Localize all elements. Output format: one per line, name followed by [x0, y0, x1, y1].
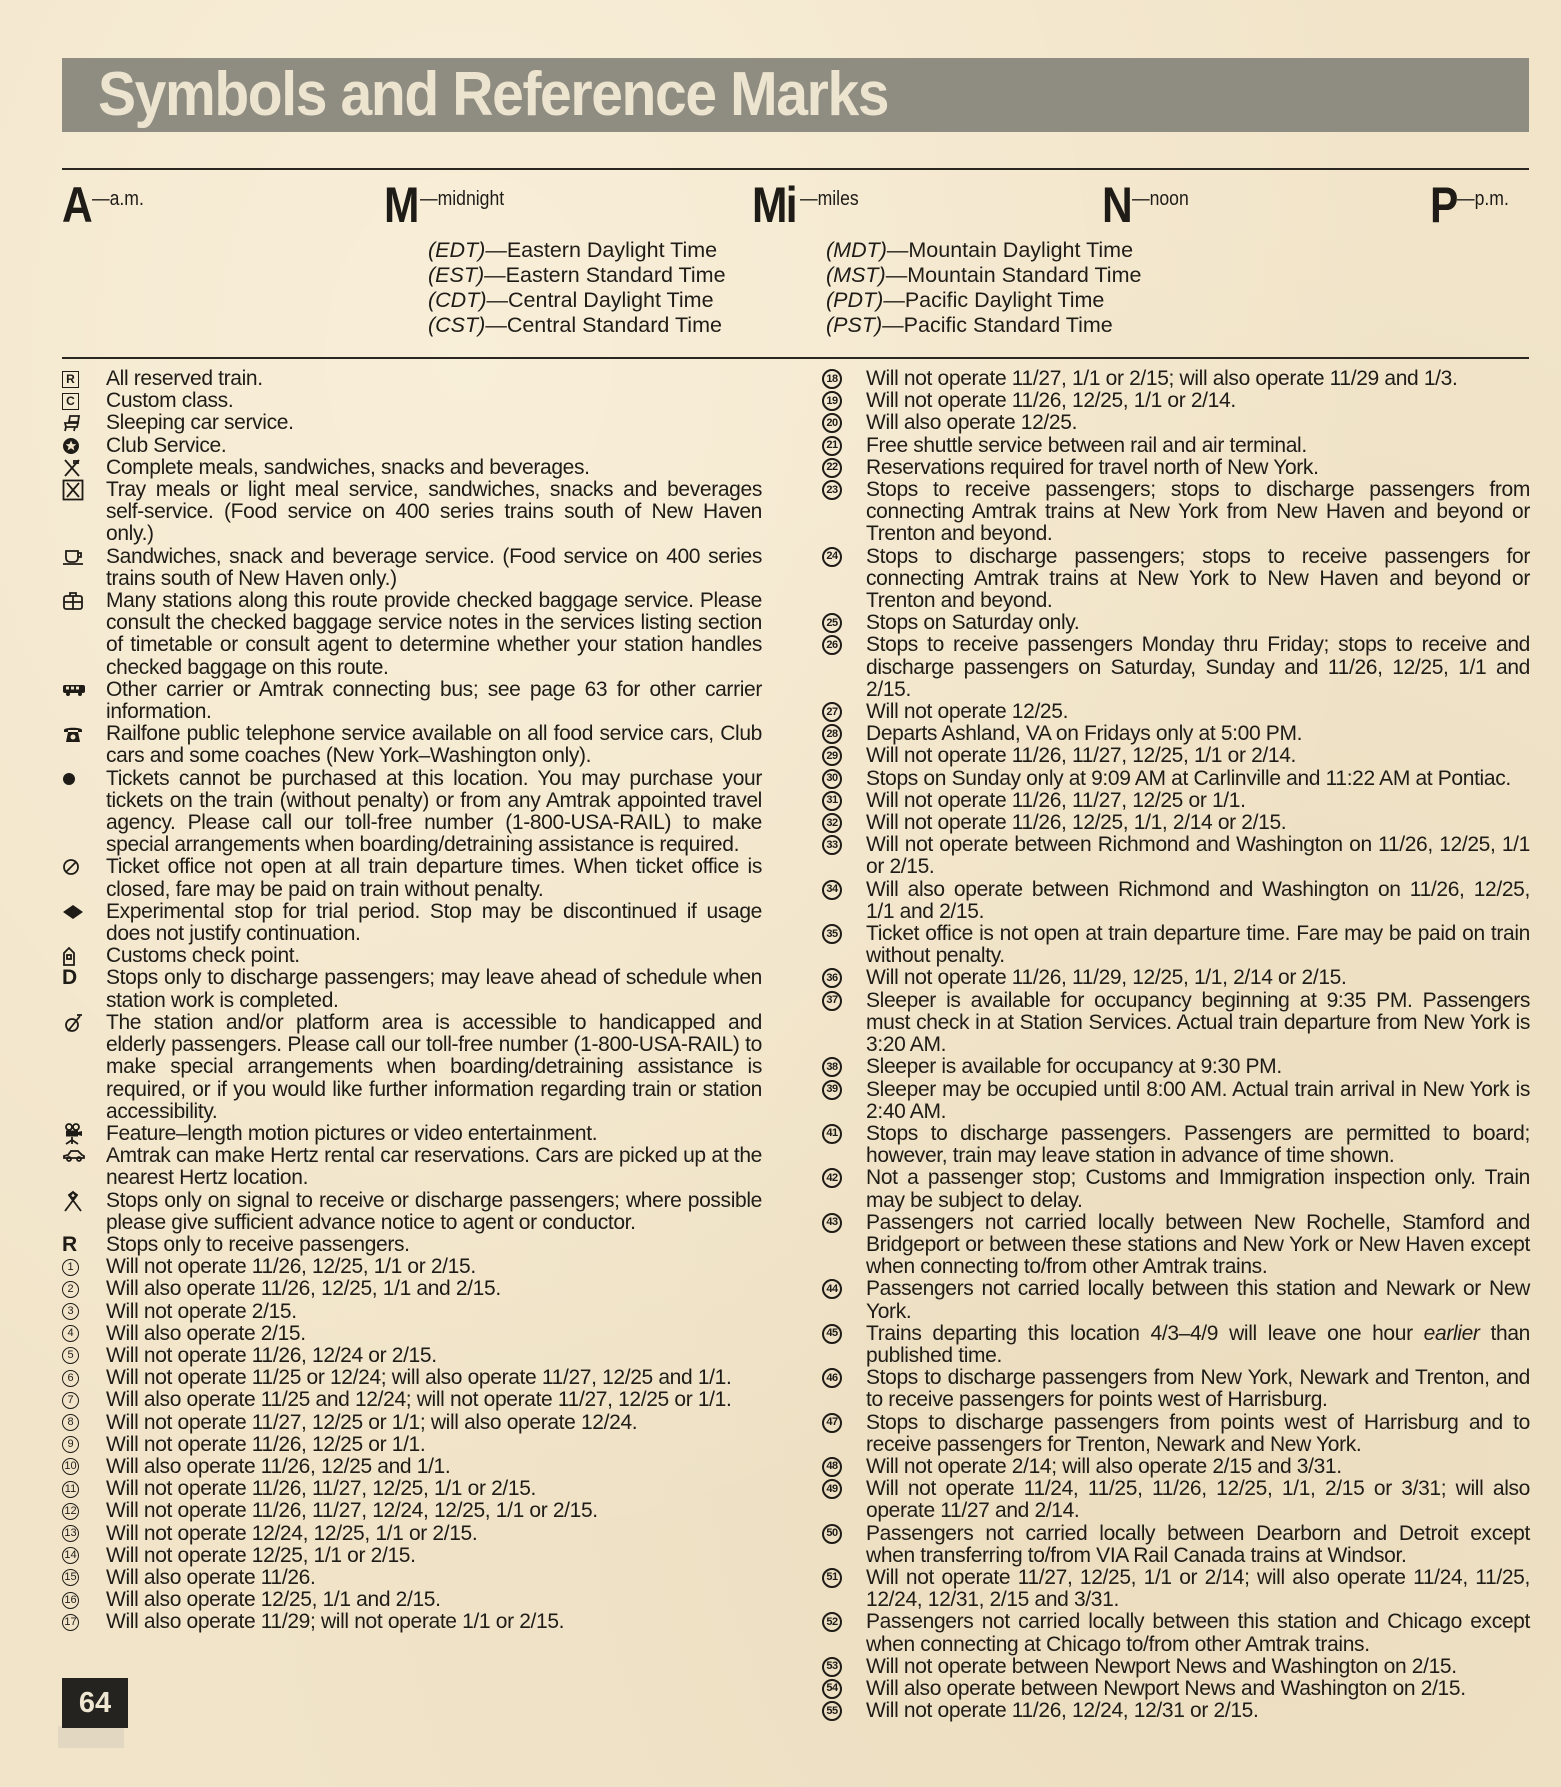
circled-number-icon: 28	[818, 723, 866, 745]
circled-number-icon: 54	[818, 1678, 866, 1700]
note-number: 54	[822, 1679, 842, 1699]
note-text: Will not operate between Newport News an…	[866, 1656, 1530, 1678]
symbol-legend-item: Feature–length motion pictures or video …	[58, 1123, 762, 1145]
circled-number-icon: 5	[58, 1345, 106, 1367]
symbol-legend-item: Tray meals or light meal service, sandwi…	[58, 479, 762, 546]
symbol-legend-item: Complete meals, sandwiches, snacks and b…	[58, 457, 762, 479]
note-text: Trains departing this location 4/3–4/9 w…	[866, 1323, 1530, 1367]
letter-r-icon: R	[58, 1234, 106, 1256]
note-number: 33	[822, 835, 842, 855]
note-text: Will not operate 11/26, 11/27, 12/25, 1/…	[866, 745, 1530, 767]
note-text: Stops to receive passengers Monday thru …	[866, 634, 1530, 701]
note-number: 13	[62, 1525, 79, 1542]
club-star-icon	[58, 435, 106, 457]
baggage-icon	[58, 590, 106, 612]
abbr-am: A—a.m.	[62, 180, 151, 230]
note-number: 11	[62, 1481, 79, 1498]
reference-note-item: 3Will not operate 2/15.	[58, 1301, 762, 1323]
note-number: 52	[822, 1612, 842, 1632]
note-text: Ticket office is not open at train depar…	[866, 923, 1530, 967]
symbol-legend-item: Customs check point.	[58, 945, 762, 967]
note-number: 51	[822, 1568, 842, 1588]
symbol-legend-item: Club Service.	[58, 435, 762, 457]
symbol-description: Ticket office not open at all train depa…	[106, 856, 762, 900]
note-text: Stops to discharge passengers. Passenger…	[866, 1123, 1530, 1167]
note-text: Will not operate 11/26, 12/25, 1/1 or 2/…	[866, 390, 1530, 412]
note-number: 25	[822, 613, 842, 633]
reference-note-item: 38Sleeper is available for occupancy at …	[818, 1056, 1530, 1078]
reference-note-item: 46Stops to discharge passengers from New…	[818, 1367, 1530, 1411]
circled-number-icon: 52	[818, 1611, 866, 1633]
note-number: 14	[62, 1547, 79, 1564]
circled-number-icon: 1	[58, 1256, 106, 1278]
note-text: Will not operate 11/26, 12/24, 12/31 or …	[866, 1700, 1530, 1722]
note-text: Will not operate 11/27, 12/25 or 1/1; wi…	[106, 1412, 762, 1434]
symbol-legend-item: RAll reserved train.	[58, 368, 762, 390]
note-text: Will not operate 11/25 or 12/24; will al…	[106, 1367, 762, 1389]
reference-note-item: 18Will not operate 11/27, 1/1 or 2/15; w…	[818, 368, 1530, 390]
abbreviation-legend: A—a.m. M—midnight Mi—miles N—noon P—p.m.	[62, 180, 1529, 240]
note-number: 12	[62, 1503, 79, 1520]
symbol-legend-item: Tickets cannot be purchased at this loca…	[58, 768, 762, 857]
symbol-glyph: R	[62, 1234, 77, 1256]
note-number: 53	[822, 1657, 842, 1677]
note-number: 24	[822, 547, 842, 567]
movie-camera-icon	[58, 1123, 106, 1145]
note-number: 46	[822, 1368, 842, 1388]
reference-note-item: 25Stops on Saturday only.	[818, 612, 1530, 634]
time-zone-code: (CDT)	[428, 288, 487, 312]
symbol-legend-item: The station and/or platform area is acce…	[58, 1012, 762, 1123]
note-text: Will also operate 11/29; will not operat…	[106, 1611, 762, 1633]
circled-number-icon: 9	[58, 1434, 106, 1456]
time-zone-entry: (EDT)—Eastern Daylight Time	[428, 238, 726, 263]
reference-note-item: 5Will not operate 11/26, 12/24 or 2/15.	[58, 1345, 762, 1367]
symbol-description: Customs check point.	[106, 945, 762, 967]
reference-note-item: 29Will not operate 11/26, 11/27, 12/25, …	[818, 745, 1530, 767]
reference-note-item: 24Stops to discharge passengers; stops t…	[818, 546, 1530, 613]
circled-number-icon: 4	[58, 1323, 106, 1345]
symbol-description: Sandwiches, snack and beverage service. …	[106, 546, 762, 590]
circled-number-icon: 23	[818, 479, 866, 501]
time-zone-entry: (MST)—Mountain Standard Time	[826, 263, 1141, 288]
circled-number-icon: 11	[58, 1478, 106, 1500]
symbol-description: The station and/or platform area is acce…	[106, 1012, 762, 1123]
page-title: Symbols and Reference Marks	[98, 58, 888, 132]
note-number: 5	[62, 1347, 79, 1364]
symbol-description: Stops only to discharge passengers; may …	[106, 967, 762, 1011]
circled-number-icon: 50	[818, 1523, 866, 1545]
note-number: 3	[62, 1303, 79, 1320]
time-zone-code: (CST)	[428, 313, 485, 337]
symbol-description: All reserved train.	[106, 368, 762, 390]
time-zone-entry: (CST)—Central Standard Time	[428, 313, 726, 338]
note-number: 30	[822, 769, 842, 789]
reference-note-item: 19Will not operate 11/26, 12/25, 1/1 or …	[818, 390, 1530, 412]
circled-number-icon: 6	[58, 1367, 106, 1389]
note-text: Will also operate 11/26.	[106, 1567, 762, 1589]
note-number: 17	[62, 1614, 79, 1631]
coffee-cup-icon	[58, 546, 106, 568]
note-number: 10	[62, 1458, 79, 1475]
note-number: 39	[822, 1080, 842, 1100]
reference-note-item: 50Passengers not carried locally between…	[818, 1523, 1530, 1567]
note-text: Will not operate between Richmond and Wa…	[866, 834, 1530, 878]
note-number: 9	[62, 1436, 79, 1453]
symbol-legend-item: Railfone public telephone service availa…	[58, 723, 762, 767]
reference-note-item: 17Will also operate 11/29; will not oper…	[58, 1611, 762, 1633]
time-zones-mountain-pacific: (MDT)—Mountain Daylight Time(MST)—Mounta…	[826, 238, 1141, 338]
reference-note-item: 44Passengers not carried locally between…	[818, 1278, 1530, 1322]
note-text: Will not operate 12/25.	[866, 701, 1530, 723]
note-text: Will not operate 12/24, 12/25, 1/1 or 2/…	[106, 1523, 762, 1545]
symbol-legend-item: Stops only on signal to receive or disch…	[58, 1190, 762, 1234]
bus-icon	[58, 679, 106, 701]
circled-number-icon: 7	[58, 1389, 106, 1411]
note-text: Will not operate 11/26, 11/29, 12/25, 1/…	[866, 967, 1530, 989]
abbr-noon: N—noon	[1102, 180, 1197, 230]
symbol-description: Club Service.	[106, 435, 762, 457]
note-number: 26	[822, 635, 842, 655]
page-number: 64	[62, 1678, 128, 1728]
crossed-flags-icon	[58, 1190, 106, 1212]
circled-number-icon: 27	[818, 701, 866, 723]
reference-note-item: 33Will not operate between Richmond and …	[818, 834, 1530, 878]
note-number: 22	[822, 458, 842, 478]
circled-number-icon: 46	[818, 1367, 866, 1389]
note-number: 45	[822, 1324, 842, 1344]
note-emphasis: earlier	[1424, 1322, 1480, 1345]
circled-number-icon: 34	[818, 879, 866, 901]
note-text: Will not operate 2/15.	[106, 1301, 762, 1323]
circled-number-icon: 44	[818, 1278, 866, 1300]
custom-class-box-icon: C	[58, 390, 106, 412]
circled-number-icon: 36	[818, 967, 866, 989]
note-number: 50	[822, 1524, 842, 1544]
note-number: 55	[822, 1701, 842, 1721]
reference-note-item: 34Will also operate between Richmond and…	[818, 879, 1530, 923]
note-number: 19	[822, 391, 842, 411]
reference-note-item: 14Will not operate 12/25, 1/1 or 2/15.	[58, 1545, 762, 1567]
time-zone-name: —Pacific Standard Time	[882, 313, 1113, 337]
note-text: Will also operate 11/26, 12/25, 1/1 and …	[106, 1278, 762, 1300]
note-text: Will not operate 2/14; will also operate…	[866, 1456, 1530, 1478]
circled-number-icon: 3	[58, 1301, 106, 1323]
symbol-description: Complete meals, sandwiches, snacks and b…	[106, 457, 762, 479]
note-text: Will not operate 11/27, 1/1 or 2/15; wil…	[866, 368, 1530, 390]
time-zone-entry: (EST)—Eastern Standard Time	[428, 263, 726, 288]
page-number-shadow	[58, 1726, 124, 1748]
time-zone-name: —Pacific Daylight Time	[883, 288, 1104, 312]
circled-number-icon: 29	[818, 745, 866, 767]
symbol-description: Custom class.	[106, 390, 762, 412]
circled-number-icon: 24	[818, 546, 866, 568]
divider-bottom	[62, 357, 1529, 359]
circled-number-icon: 14	[58, 1545, 106, 1567]
time-zones-eastern-central: (EDT)—Eastern Daylight Time(EST)—Eastern…	[428, 238, 726, 338]
symbol-legend-item: DStops only to discharge passengers; may…	[58, 967, 762, 1011]
divider-top	[62, 168, 1529, 170]
circled-number-icon: 42	[818, 1167, 866, 1189]
note-text: Stops to discharge passengers; stops to …	[866, 546, 1530, 613]
note-text: Passengers not carried locally between D…	[866, 1523, 1530, 1567]
time-zone-code: (EDT)	[428, 238, 485, 262]
circled-number-icon: 53	[818, 1656, 866, 1678]
wheelchair-icon	[58, 1012, 106, 1034]
note-text: Will not operate 11/24, 11/25, 11/26, 12…	[866, 1478, 1530, 1522]
reference-note-item: 16Will also operate 12/25, 1/1 and 2/15.	[58, 1589, 762, 1611]
car-icon	[58, 1145, 106, 1167]
note-number: 49	[822, 1479, 842, 1499]
time-zone-entry: (PST)—Pacific Standard Time	[826, 313, 1141, 338]
reference-note-item: 26Stops to receive passengers Monday thr…	[818, 634, 1530, 701]
note-text: Will not operate 11/26, 12/25, 1/1 or 2/…	[106, 1256, 762, 1278]
note-text: Stops to discharge passengers from New Y…	[866, 1367, 1530, 1411]
time-zone-name: —Central Daylight Time	[487, 288, 714, 312]
circled-number-icon: 43	[818, 1212, 866, 1234]
symbol-legend-item: Ticket office not open at all train depa…	[58, 856, 762, 900]
symbol-description: Tray meals or light meal service, sandwi…	[106, 479, 762, 546]
reference-note-item: 30Stops on Sunday only at 9:09 AM at Car…	[818, 768, 1530, 790]
symbol-legend-item: Experimental stop for trial period. Stop…	[58, 901, 762, 945]
letter-d-icon: D	[58, 967, 106, 989]
note-text: Will not operate 12/25, 1/1 or 2/15.	[106, 1545, 762, 1567]
circled-number-icon: 47	[818, 1412, 866, 1434]
note-number: 44	[822, 1279, 842, 1299]
note-number: 31	[822, 791, 842, 811]
time-zone-name: —Eastern Standard Time	[484, 263, 725, 287]
symbol-description: Railfone public telephone service availa…	[106, 723, 762, 767]
note-number: 18	[822, 369, 842, 389]
circled-number-icon: 13	[58, 1523, 106, 1545]
reserved-box-icon: R	[58, 368, 106, 390]
symbol-description: Stops only on signal to receive or disch…	[106, 1190, 762, 1234]
note-number: 41	[822, 1124, 842, 1144]
note-number: 29	[822, 746, 842, 766]
symbol-legend-item: Sandwiches, snack and beverage service. …	[58, 546, 762, 590]
circled-number-icon: 18	[818, 368, 866, 390]
note-text: Will not operate 11/27, 12/25, 1/1 or 2/…	[866, 1567, 1530, 1611]
note-text: Will not operate 11/26, 11/27, 12/25 or …	[866, 790, 1530, 812]
circled-number-icon: 2	[58, 1278, 106, 1300]
circled-number-icon: 31	[818, 790, 866, 812]
note-text: Will also operate 11/25 and 12/24; will …	[106, 1389, 762, 1411]
reference-note-item: 10Will also operate 11/26, 12/25 and 1/1…	[58, 1456, 762, 1478]
note-number: 8	[62, 1414, 79, 1431]
symbol-description: Tickets cannot be purchased at this loca…	[106, 768, 762, 857]
note-text: Free shuttle service between rail and ai…	[866, 435, 1530, 457]
reference-note-item: 31Will not operate 11/26, 11/27, 12/25 o…	[818, 790, 1530, 812]
circled-number-icon: 30	[818, 768, 866, 790]
symbol-legend-item: RStops only to receive passengers.	[58, 1234, 762, 1256]
time-zone-code: (EST)	[428, 263, 484, 287]
symbol-description: Many stations along this route provide c…	[106, 590, 762, 679]
circled-number-icon: 20	[818, 412, 866, 434]
abbr-pm: P—p.m.	[1430, 180, 1516, 230]
reference-note-item: 11Will not operate 11/26, 11/27, 12/25, …	[58, 1478, 762, 1500]
reference-note-item: 41Stops to discharge passengers. Passeng…	[818, 1123, 1530, 1167]
circled-number-icon: 17	[58, 1611, 106, 1633]
boxed-knife-fork-icon	[58, 479, 106, 501]
time-zone-entry: (MDT)—Mountain Daylight Time	[826, 238, 1141, 263]
circled-number-icon: 19	[818, 390, 866, 412]
note-text: Sleeper is available for occupancy at 9:…	[866, 1056, 1530, 1078]
symbol-glyph: R	[62, 371, 79, 388]
circled-number-icon: 35	[818, 923, 866, 945]
circled-number-icon: 48	[818, 1456, 866, 1478]
note-number: 2	[62, 1281, 79, 1298]
time-zone-name: —Mountain Standard Time	[886, 263, 1142, 287]
note-text: Will also operate between Richmond and W…	[866, 879, 1530, 923]
note-number: 15	[62, 1569, 79, 1586]
reference-note-item: 28Departs Ashland, VA on Fridays only at…	[818, 723, 1530, 745]
symbol-glyph: D	[62, 967, 77, 989]
note-text: Sleeper may be occupied until 8:00 AM. A…	[866, 1079, 1530, 1123]
note-number: 47	[822, 1413, 842, 1433]
reference-note-item: 42Not a passenger stop; Customs and Immi…	[818, 1167, 1530, 1211]
reference-note-item: 4Will also operate 2/15.	[58, 1323, 762, 1345]
note-number: 21	[822, 436, 842, 456]
circled-number-icon: 10	[58, 1456, 106, 1478]
time-zone-name: —Mountain Daylight Time	[887, 238, 1133, 262]
reference-note-item: 6Will not operate 11/25 or 12/24; will a…	[58, 1367, 762, 1389]
legend-column-right: 18Will not operate 11/27, 1/1 or 2/15; w…	[818, 368, 1530, 1722]
note-text: Will not operate 11/26, 11/27, 12/24, 12…	[106, 1500, 762, 1522]
note-text: Stops to receive passengers; stops to di…	[866, 479, 1530, 546]
diamond-icon	[58, 901, 106, 923]
slashed-circle-icon	[58, 856, 106, 878]
customs-booth-icon	[58, 945, 106, 967]
symbol-description: Experimental stop for trial period. Stop…	[106, 901, 762, 945]
symbol-legend-item: Amtrak can make Hertz rental car reserva…	[58, 1145, 762, 1189]
filled-dot-icon	[58, 768, 106, 790]
note-text: Stops on Sunday only at 9:09 AM at Carli…	[866, 768, 1530, 790]
time-zone-code: (PST)	[826, 313, 882, 337]
circled-number-icon: 16	[58, 1589, 106, 1611]
note-text: Sleeper is available for occupancy begin…	[866, 990, 1530, 1057]
note-number: 7	[62, 1392, 79, 1409]
abbr-midnight: M—midnight	[384, 180, 515, 230]
note-text: Will not operate 11/26, 12/25 or 1/1.	[106, 1434, 762, 1456]
circled-number-icon: 8	[58, 1412, 106, 1434]
symbol-description: Sleeping car service.	[106, 412, 762, 434]
note-text: Will also operate 11/26, 12/25 and 1/1.	[106, 1456, 762, 1478]
reference-note-item: 9Will not operate 11/26, 12/25 or 1/1.	[58, 1434, 762, 1456]
circled-number-icon: 32	[818, 812, 866, 834]
reference-note-item: 35Ticket office is not open at train dep…	[818, 923, 1530, 967]
reference-note-item: 54Will also operate between Newport News…	[818, 1678, 1530, 1700]
symbol-glyph: C	[62, 393, 79, 410]
reference-note-item: 53Will not operate between Newport News …	[818, 1656, 1530, 1678]
reference-note-item: 36Will not operate 11/26, 11/29, 12/25, …	[818, 967, 1530, 989]
note-text: Passengers not carried locally between t…	[866, 1611, 1530, 1655]
reference-note-item: 12Will not operate 11/26, 11/27, 12/24, …	[58, 1500, 762, 1522]
note-number: 34	[822, 880, 842, 900]
reference-note-item: 22Reservations required for travel north…	[818, 457, 1530, 479]
circled-number-icon: 33	[818, 834, 866, 856]
note-number: 43	[822, 1213, 842, 1233]
circled-number-icon: 51	[818, 1567, 866, 1589]
circled-number-icon: 37	[818, 990, 866, 1012]
circled-number-icon: 12	[58, 1500, 106, 1522]
note-number: 36	[822, 968, 842, 988]
note-number: 32	[822, 813, 842, 833]
circled-number-icon: 49	[818, 1478, 866, 1500]
reference-note-item: 51Will not operate 11/27, 12/25, 1/1 or …	[818, 1567, 1530, 1611]
note-number: 16	[62, 1592, 79, 1609]
symbol-description: Feature–length motion pictures or video …	[106, 1123, 762, 1145]
circled-number-icon: 22	[818, 457, 866, 479]
time-zone-name: —Eastern Daylight Time	[485, 238, 717, 262]
circled-number-icon: 41	[818, 1123, 866, 1145]
circled-number-icon: 39	[818, 1079, 866, 1101]
time-zone-name: —Central Standard Time	[485, 313, 722, 337]
time-zone-code: (MST)	[826, 263, 886, 287]
note-text: Will also operate 2/15.	[106, 1323, 762, 1345]
note-text: Not a passenger stop; Customs and Immigr…	[866, 1167, 1530, 1211]
note-text: Departs Ashland, VA on Fridays only at 5…	[866, 723, 1530, 745]
reference-note-item: 32Will not operate 11/26, 12/25, 1/1, 2/…	[818, 812, 1530, 834]
note-number: 37	[822, 991, 842, 1011]
sleeping-car-icon	[58, 412, 106, 434]
symbol-description: Stops only to receive passengers.	[106, 1234, 762, 1256]
circled-number-icon: 21	[818, 435, 866, 457]
reference-note-item: 8Will not operate 11/27, 12/25 or 1/1; w…	[58, 1412, 762, 1434]
reference-note-item: 43Passengers not carried locally between…	[818, 1212, 1530, 1279]
time-zone-entry: (CDT)—Central Daylight Time	[428, 288, 726, 313]
note-text: Will also operate between Newport News a…	[866, 1678, 1530, 1700]
note-text: Stops to discharge passengers from point…	[866, 1412, 1530, 1456]
reference-note-item: 49Will not operate 11/24, 11/25, 11/26, …	[818, 1478, 1530, 1522]
note-text: Will not operate 11/26, 12/24 or 2/15.	[106, 1345, 762, 1367]
time-zone-entry: (PDT)—Pacific Daylight Time	[826, 288, 1141, 313]
knife-fork-icon	[58, 457, 106, 479]
circled-number-icon: 15	[58, 1567, 106, 1589]
reference-note-item: 23Stops to receive passengers; stops to …	[818, 479, 1530, 546]
circled-number-icon: 26	[818, 634, 866, 656]
reference-note-item: 7Will also operate 11/25 and 12/24; will…	[58, 1389, 762, 1411]
circled-number-icon: 38	[818, 1056, 866, 1078]
reference-note-item: 45Trains departing this location 4/3–4/9…	[818, 1323, 1530, 1367]
note-number: 20	[822, 413, 842, 433]
reference-note-item: 39Sleeper may be occupied until 8:00 AM.…	[818, 1079, 1530, 1123]
title-banner: Symbols and Reference Marks	[62, 58, 1529, 132]
note-text: Will not operate 11/26, 12/25, 1/1, 2/14…	[866, 812, 1530, 834]
symbol-description: Amtrak can make Hertz rental car reserva…	[106, 1145, 762, 1189]
telephone-icon	[58, 723, 106, 745]
reference-note-item: 48Will not operate 2/14; will also opera…	[818, 1456, 1530, 1478]
reference-note-item: 21Free shuttle service between rail and …	[818, 435, 1530, 457]
note-number: 4	[62, 1325, 79, 1342]
note-number: 28	[822, 724, 842, 744]
circled-number-icon: 45	[818, 1323, 866, 1345]
note-text: Will also operate 12/25.	[866, 412, 1530, 434]
note-number: 6	[62, 1370, 79, 1387]
reference-note-item: 13Will not operate 12/24, 12/25, 1/1 or …	[58, 1523, 762, 1545]
abbr-miles: Mi—miles	[752, 180, 866, 230]
reference-note-item: 47Stops to discharge passengers from poi…	[818, 1412, 1530, 1456]
note-number: 23	[822, 480, 842, 500]
note-number: 38	[822, 1057, 842, 1077]
note-number: 1	[62, 1259, 79, 1276]
note-text: Will not operate 11/26, 11/27, 12/25, 1/…	[106, 1478, 762, 1500]
symbol-legend-item: Other carrier or Amtrak connecting bus; …	[58, 679, 762, 723]
note-number: 27	[822, 702, 842, 722]
symbol-legend-item: Sleeping car service.	[58, 412, 762, 434]
reference-note-item: 15Will also operate 11/26.	[58, 1567, 762, 1589]
reference-note-item: 55Will not operate 11/26, 12/24, 12/31 o…	[818, 1700, 1530, 1722]
note-text: Passengers not carried locally between N…	[866, 1212, 1530, 1279]
